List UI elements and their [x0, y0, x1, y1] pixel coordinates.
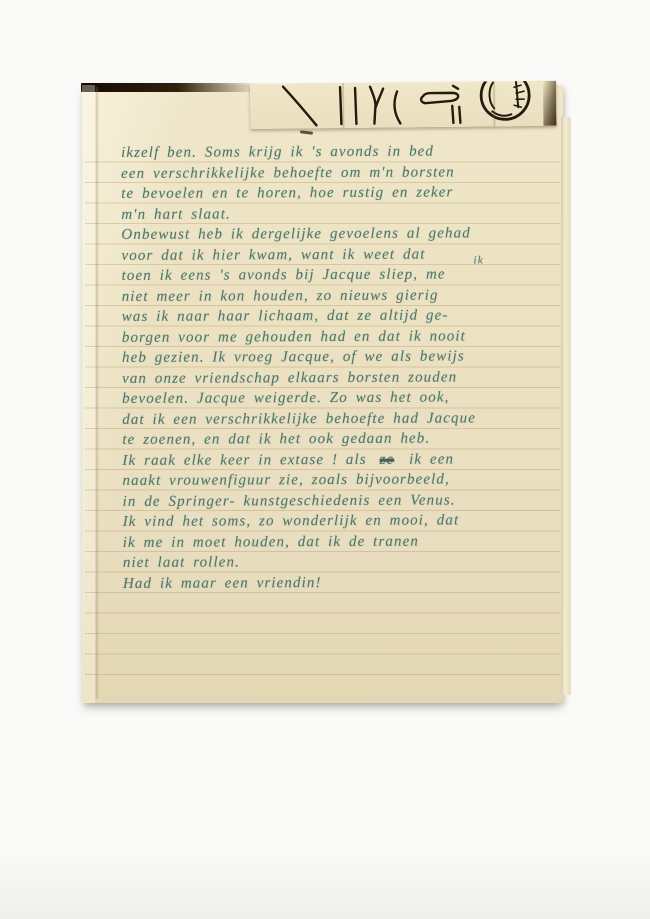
handwriting-text: Ik raak elke keer in extase ! als [122, 451, 366, 468]
handwriting-line: een verschrikkelijke behoefte om m'n bor… [121, 162, 548, 184]
ink-drawing-fragments-icon [250, 81, 556, 129]
handwriting-line: heb gezien. Ik vroeg Jacque, of we als b… [122, 346, 549, 368]
notebook-top-edge [81, 83, 257, 92]
handwriting-line: m'n hart slaat. [121, 203, 548, 225]
pasted-drawing-strip [250, 81, 556, 129]
scanned-photo-background: { "document": { "kind": "handwritten dia… [0, 0, 650, 919]
handwriting-line: in de Springer- kunstgeschiedenis een Ve… [123, 490, 550, 512]
handwriting-line: niet laat rollen. [123, 551, 550, 573]
handwriting-line: ik me in moet houden, dat ik de tranen [123, 531, 550, 553]
handwriting-line: Ik vind het soms, zo wonderlijk en mooi,… [123, 510, 550, 532]
handwriting-line: Ik raak elke keer in extase ! als ze ik … [122, 449, 549, 471]
diary-page: ikzelf ben. Soms krijg ik 's avonds in b… [82, 85, 563, 703]
handwriting-line: van onze vriendschap elkaars borsten zou… [122, 367, 549, 389]
handwriting-line: te bevoelen en te horen, hoe rustig en z… [121, 182, 548, 204]
handwriting-line: ikzelf ben. Soms krijg ik 's avonds in b… [121, 141, 548, 163]
handwriting-text: toen ik eens 's avonds bij Jacque sliep,… [122, 267, 446, 284]
handwriting-text: ik een [409, 451, 454, 467]
strip-folded-corner [543, 81, 556, 126]
ink-mark [300, 130, 313, 135]
handwriting-line: naakt vrouwenfiguur zie, zoals bijvoorbe… [122, 469, 549, 491]
binding-crease [95, 87, 99, 699]
handwriting-line: Onbewust heb ik dergelijke gevoelens al … [121, 223, 548, 245]
handwriting-line: niet meer in kon houden, zo nieuws gieri… [122, 285, 549, 307]
handwriting-line: bevoelen. Jacque weigerde. Zo was het oo… [122, 387, 549, 409]
struck-word: ze [380, 451, 395, 467]
under-page-edge [561, 117, 571, 695]
handwriting-line: voor dat ik hier kwam, want ik weet dat [121, 244, 548, 266]
handwriting-line: Had ik maar een vriendin! [123, 572, 550, 594]
handwriting-line: te zoenen, en dat ik het ook gedaan heb. [122, 428, 549, 450]
inserted-word-above-line: ik [474, 255, 484, 266]
handwriting-line: dat ik een verschrikkelijke behoefte had… [122, 408, 549, 430]
handwriting-line: was ik naar haar lichaam, dat ze altijd … [122, 305, 549, 327]
page-left-margin [82, 85, 95, 703]
handwriting-line: borgen voor me gehouden had en dat ik no… [122, 326, 549, 348]
handwriting-block: ikzelf ben. Soms krijg ik 's avonds in b… [121, 141, 550, 594]
handwriting-line: toen ik eens 's avonds bij Jacque sliep,… [122, 264, 549, 286]
